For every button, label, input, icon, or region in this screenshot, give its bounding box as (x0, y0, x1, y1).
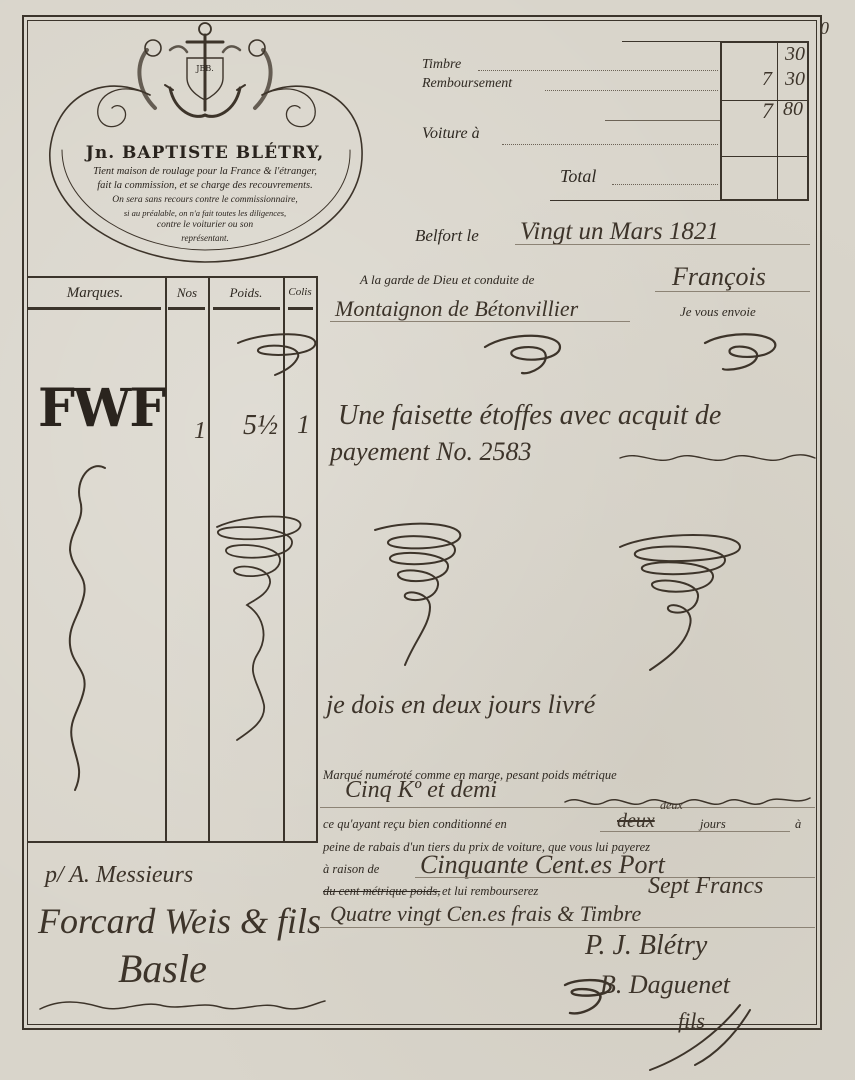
monogram: JBB. (187, 64, 223, 73)
consignment-intro: A la garde de Dieu et conduite de (360, 272, 534, 288)
terms-line-4: à raison de (323, 862, 379, 877)
terms-line-2c: à (795, 817, 801, 832)
fee-francs-remboursement: 7 (762, 68, 772, 91)
send-label: Je vous envoie (680, 304, 756, 320)
fee-column-divider (777, 41, 778, 201)
goods-line-3: je dois en deux jours livré (326, 690, 595, 720)
notice-line-1: On sera sans recours contre le commissio… (55, 195, 355, 205)
wavy-vertical-line-icon (60, 460, 120, 800)
fee-corner-mark: 0 (820, 18, 829, 39)
table-top-border (27, 276, 317, 278)
fee-dots-timbre (478, 70, 718, 71)
fees-underline (320, 927, 815, 928)
table-col-divider-1 (165, 276, 167, 842)
wavy-line-icon (620, 448, 820, 468)
place-label: Belfort le (415, 226, 479, 246)
tagline-line-1: Tient maison de roulage pour la France &… (55, 166, 355, 177)
terms-line-2b: jours (700, 817, 726, 832)
fee-dots-total (612, 184, 718, 185)
fee-label-remboursement: Remboursement (422, 76, 512, 92)
fee-dots-voiture (502, 144, 718, 145)
addressee-name: Forcard Weis & fils (38, 900, 321, 942)
notice-line-3: contre le voiturier ou son (55, 220, 355, 230)
fee-centimes-timbre: 30 (785, 43, 805, 66)
flourish-spiral-right-icon (610, 525, 750, 675)
fee-rule-top (622, 41, 722, 42)
row-poids: 5½ (243, 410, 278, 442)
rate-handwritten: Cinquante Cent.es Port (420, 850, 665, 880)
column-header-poids: Poids. (209, 285, 283, 301)
tagline-line-2: fait la commission, et se charge des rec… (55, 180, 355, 191)
wavy-line-icon (40, 995, 330, 1020)
flourish-spiral-icon (230, 325, 325, 380)
fee-label-voiture: Voiture à (422, 125, 480, 143)
fee-centimes-subtotal: 80 (783, 98, 803, 121)
notice-line-4: représentant. (55, 233, 355, 243)
carrier-name-2: Montaignon de Bétonvillier (335, 296, 578, 322)
addressee-prefix: p/ A. Messieurs (45, 862, 193, 889)
days-correction: deux (660, 798, 683, 813)
header-underline-1 (28, 307, 161, 310)
paraph-stroke-icon (640, 1000, 760, 1080)
fee-rule-total (550, 200, 720, 201)
addressee-city: Basle (118, 945, 207, 992)
days-handwritten: deux (617, 810, 655, 833)
signature-line-1: P. J. Blétry (585, 930, 707, 962)
terms-line-5-struck: du cent métrique poids, (323, 884, 440, 899)
fee-row-divider-2 (720, 156, 809, 157)
fee-label-timbre: Timbre (422, 57, 461, 73)
wavy-line-icon (565, 788, 815, 818)
fee-francs-subtotal: 7 (762, 98, 773, 124)
fee-centimes-remboursement: 30 (785, 68, 805, 91)
header-underline-3 (213, 307, 280, 310)
days-underline (600, 831, 790, 832)
column-header-colis: Colis (284, 286, 316, 298)
table-bottom-border (27, 841, 318, 843)
header-underline-2 (168, 307, 205, 310)
terms-line-5: et lui rembourserez (442, 884, 538, 899)
fee-dots-remboursement (545, 90, 718, 91)
goods-line-2: payement No. 2583 (330, 437, 531, 467)
mark-stencil: FWF (38, 378, 164, 439)
company-name: Jn. BAPTISTE BLÉTRY, (60, 143, 350, 163)
flourish-spiral-icon (560, 975, 620, 1030)
date-handwritten: Vingt un Mars 1821 (520, 218, 719, 246)
goods-line-1: Une faisette étoffes avec acquit de (338, 400, 721, 432)
row-numero: 1 (194, 418, 206, 445)
weight-handwritten: Cinq Kº et demi (345, 777, 497, 804)
flourish-spiral-left-icon (360, 515, 480, 685)
flourish-spiral-column-icon (212, 505, 307, 745)
fee-label-total: Total (560, 166, 596, 187)
table-col-divider-2 (208, 276, 210, 842)
terms-line-6: Quatre vingt Cen.es frais & Timbre (330, 901, 641, 927)
row-colis: 1 (297, 410, 310, 440)
column-header-marques: Marques. (30, 285, 160, 302)
fee-rule-subtotal (605, 120, 720, 121)
carrier-underline-1 (655, 291, 810, 292)
flourish-spiral-icon (695, 325, 785, 385)
header-underline-4 (288, 307, 313, 310)
flourish-spiral-icon (470, 325, 580, 385)
terms-line-2a: ce qu'ayant reçu bien conditionné en (323, 817, 507, 832)
reimburse-handwritten: Sept Francs (648, 873, 763, 900)
carrier-underline-2 (330, 321, 630, 322)
document-page: JBB. Jn. BAPTISTE BLÉTRY, Tient maison d… (0, 0, 855, 1080)
notice-line-2: si au préalable, on n'a fait toutes les … (55, 208, 355, 218)
column-header-numeros: Nos (166, 285, 208, 301)
carrier-name-1: François (672, 262, 766, 292)
date-underline (515, 244, 810, 245)
